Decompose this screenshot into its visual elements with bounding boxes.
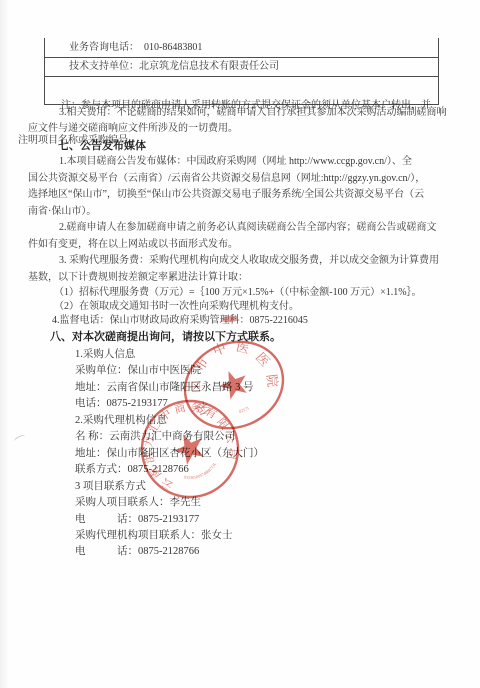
document-body: 3.相关费用：不论磋商的结果如何，磋商申请人自行承担其参加本次采购活动编制磋商响… bbox=[28, 105, 458, 561]
agent-address-line: 地址：保山市隆阳区杏花小区（东大门） bbox=[28, 446, 458, 462]
buyer-phone-line: 电话：0875-2193177 bbox=[28, 396, 458, 412]
agent-phone-line: 联系方式：0875-2128766 bbox=[28, 462, 458, 478]
notice-line1: 2.磋商申请人在参加磋商申请之前务必认真阅读磋商公告全部内容；磋商公告或磋商文 bbox=[28, 220, 458, 236]
table-row-tech-support: 技术支持单位：北京筑龙信息技术有限责任公司 bbox=[45, 58, 438, 77]
media-line2: 国公共资源交易平台（云南省）/云南省公共资源交易信息网（网址:http://gg… bbox=[28, 171, 458, 187]
fee-formula-line: （1）招标代理服务费（万元）=｛100 万元×1.5%+（（中标金额-100 万… bbox=[28, 286, 458, 300]
section-7-heading: 七、公告发布媒体 bbox=[28, 138, 458, 154]
media-line3: 选择地区“保山市”，切换至“保山市公共资源交易电子服务系统/全国公共资源交易平台… bbox=[28, 187, 458, 203]
agent-name-line: 名 称：云南洪力汇中商务有限公司 bbox=[28, 429, 458, 445]
buyer-address-line: 地址：云南省保山市隆阳区永昌路 3 号 bbox=[28, 380, 458, 396]
media-line4: 南省·保山市）。 bbox=[28, 204, 458, 220]
fee-payment-line: （2）在领取成交通知书时一次性向采购代理机构支付。 bbox=[28, 300, 458, 314]
buyer-unit-line: 采购单位：保山市中医医院 bbox=[28, 363, 458, 379]
table-row-business-phone: 业务咨询电话： 010-86483801 bbox=[45, 38, 438, 58]
scan-edge-shadow bbox=[0, 0, 9, 688]
supervision-phone-line: 4.监督电话：保山市财政局政府采购管理科：0875-2216045 bbox=[28, 314, 458, 328]
info-table: 业务咨询电话： 010-86483801 技术支持单位：北京筑龙信息技术有限责任… bbox=[44, 38, 439, 105]
notice-line2: 件如有变更，将在以上网站或以书面形式发布。 bbox=[28, 237, 458, 253]
pencil-mark bbox=[13, 434, 26, 445]
section-8-heading: 八、对本次磋商提出询问，请按以下方式联系。 bbox=[28, 328, 458, 347]
agent-contact-phone: 电 话：0875-2128766 bbox=[28, 544, 458, 560]
buyer-contact-phone: 电 话：0875-2193177 bbox=[28, 512, 458, 528]
buyer-info-header: 1.采购人信息 bbox=[28, 347, 458, 363]
agency-fee-line2: 基数，以下计费规则按差额定率累进法计算计取： bbox=[28, 270, 458, 286]
agent-contact-line: 采购代理机构项目联系人：张女士 bbox=[28, 528, 458, 544]
scanned-document-page: 业务咨询电话： 010-86483801 技术支持单位：北京筑龙信息技术有限责任… bbox=[0, 0, 480, 688]
media-line1: 1.本项目磋商公告发布媒体：中国政府采购网（网址 http://www.ccgp… bbox=[28, 154, 458, 170]
para-fees-line2: 应文件与递交磋商响应文件所涉及的一切费用。 bbox=[28, 121, 458, 137]
project-contact-header: 3 项目联系方式 bbox=[28, 479, 458, 495]
agency-fee-line1: 3. 采购代理服务费：采购代理机构向成交人收取成交服务费，并以成交金额为计算费用 bbox=[28, 253, 458, 269]
buyer-contact-line: 采购人项目联系人：李先生 bbox=[28, 495, 458, 511]
agent-info-header: 2.采购代理机构信息 bbox=[28, 413, 458, 429]
para-fees-line1: 3.相关费用：不论磋商的结果如何，磋商申请人自行承担其参加本次采购活动编制磋商响 bbox=[28, 105, 458, 121]
table-row-note: 注：参与本项目的磋商申请人采用转账的方式提交保证金的须从单位基本户转出，并 注明… bbox=[45, 77, 438, 105]
